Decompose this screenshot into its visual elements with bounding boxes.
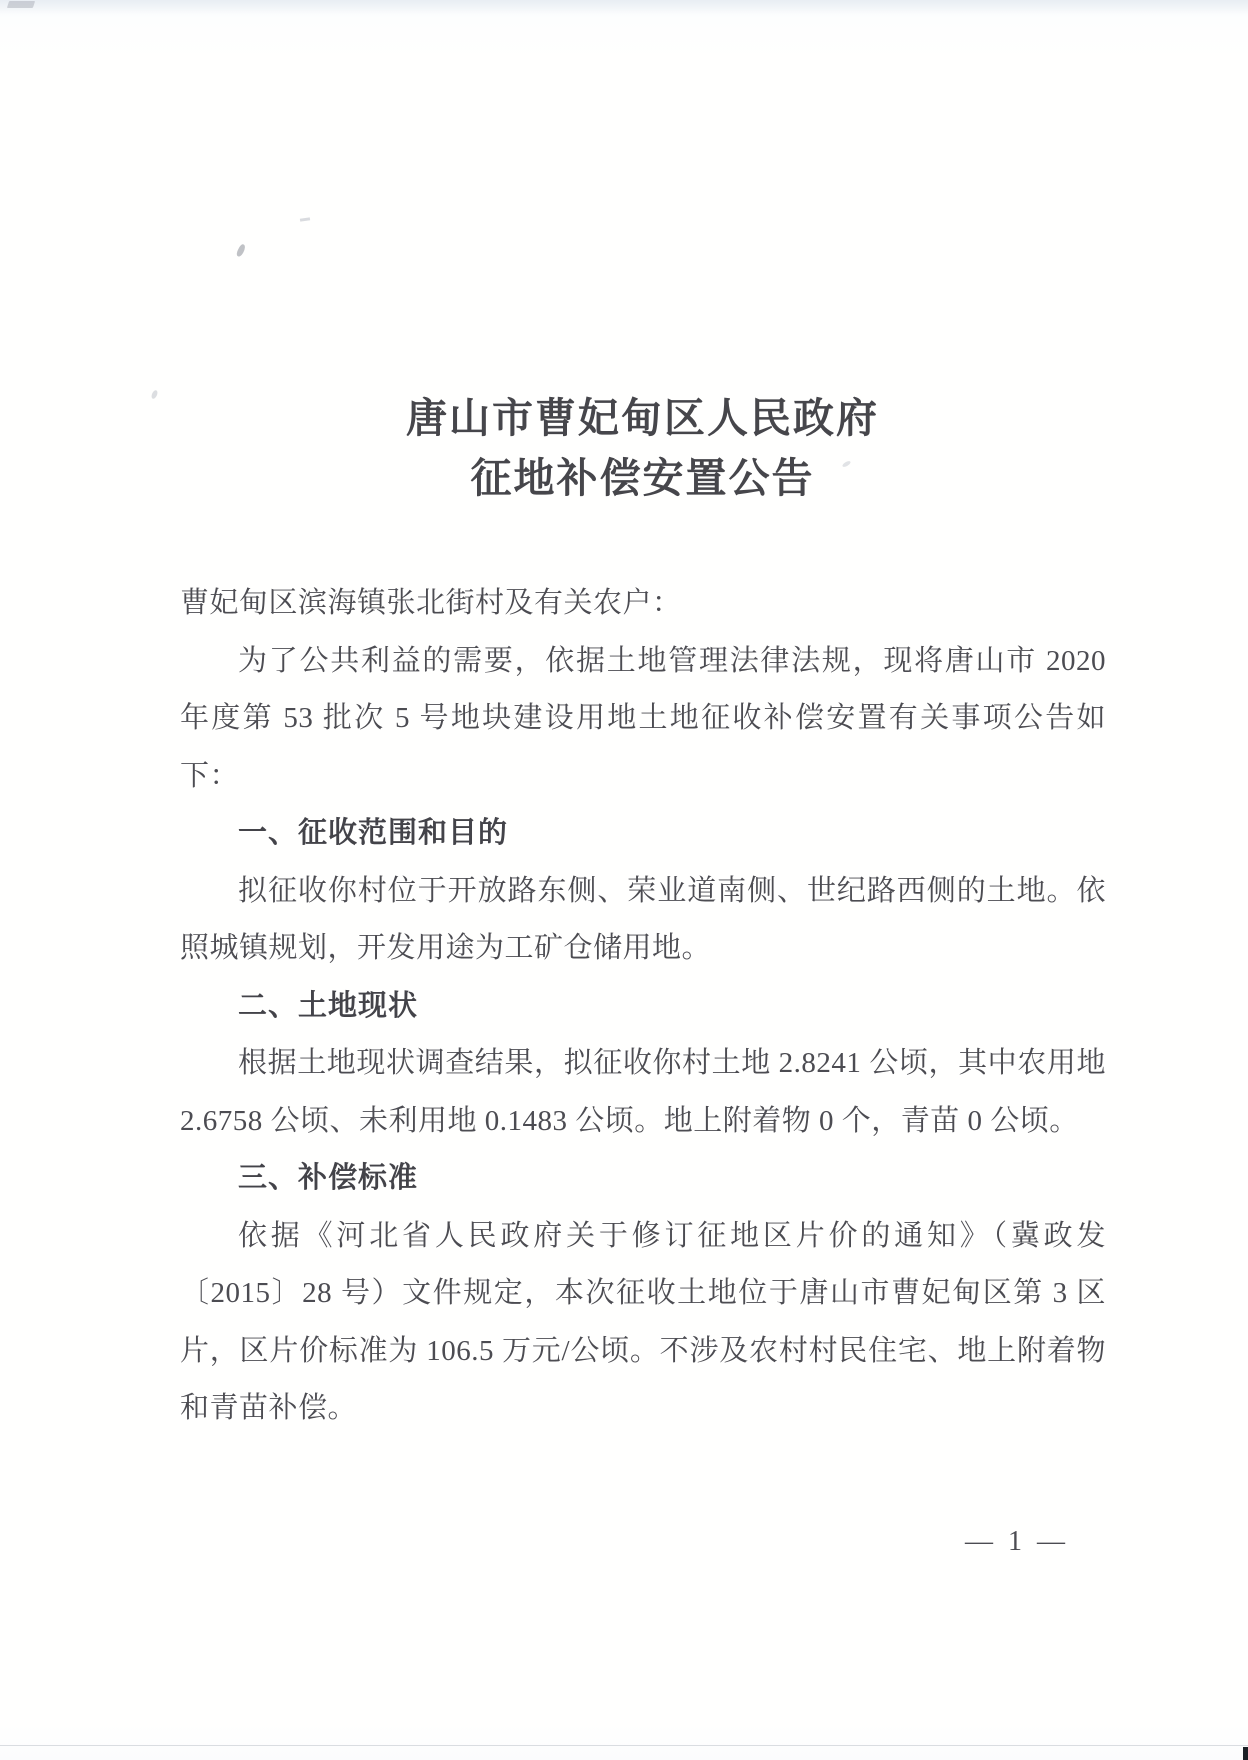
scanned-document-page: 唐山市曹妃甸区人民政府 征地补偿安置公告 曹妃甸区滨海镇张北街村及有关农户： 为… xyxy=(0,0,1248,1760)
section-3-heading: 三、补偿标准 xyxy=(180,1150,1106,1208)
salutation-line: 曹妃甸区滨海镇张北街村及有关农户： xyxy=(180,575,1106,633)
section-1-paragraph: 拟征收你村位于开放路东侧、荣业道南侧、世纪路西侧的土地。依照城镇规划，开发用途为… xyxy=(180,863,1106,978)
intro-paragraph: 为了公共利益的需要，依据土地管理法律法规，现将唐山市 2020 年度第 53 批… xyxy=(180,633,1106,806)
section-3-paragraph: 依据《河北省人民政府关于修订征地区片价的通知》（冀政发〔2015〕28 号）文件… xyxy=(180,1208,1106,1438)
section-2-heading: 二、土地现状 xyxy=(180,978,1106,1036)
section-1-heading: 一、征收范围和目的 xyxy=(180,805,1106,863)
scan-bottom-right-mark xyxy=(1243,1747,1248,1760)
scan-corner-smudge xyxy=(7,1,35,8)
scan-speck xyxy=(235,243,246,257)
document-title-line1: 唐山市曹妃甸区人民政府 xyxy=(180,388,1105,448)
scan-edge-shadow xyxy=(0,0,1248,14)
scan-speck xyxy=(150,389,158,399)
scan-speck xyxy=(300,217,310,221)
scan-bottom-edge-line xyxy=(0,1745,1248,1746)
document-title: 唐山市曹妃甸区人民政府 征地补偿安置公告 xyxy=(180,388,1105,508)
document-body: 曹妃甸区滨海镇张北街村及有关农户： 为了公共利益的需要，依据土地管理法律法规，现… xyxy=(180,575,1106,1438)
page-number: — 1 — xyxy=(965,1526,1069,1558)
section-2-paragraph: 根据土地现状调查结果，拟征收你村土地 2.8241 公顷，其中农用地 2.675… xyxy=(180,1035,1106,1150)
document-title-line2: 征地补偿安置公告 xyxy=(180,448,1105,508)
